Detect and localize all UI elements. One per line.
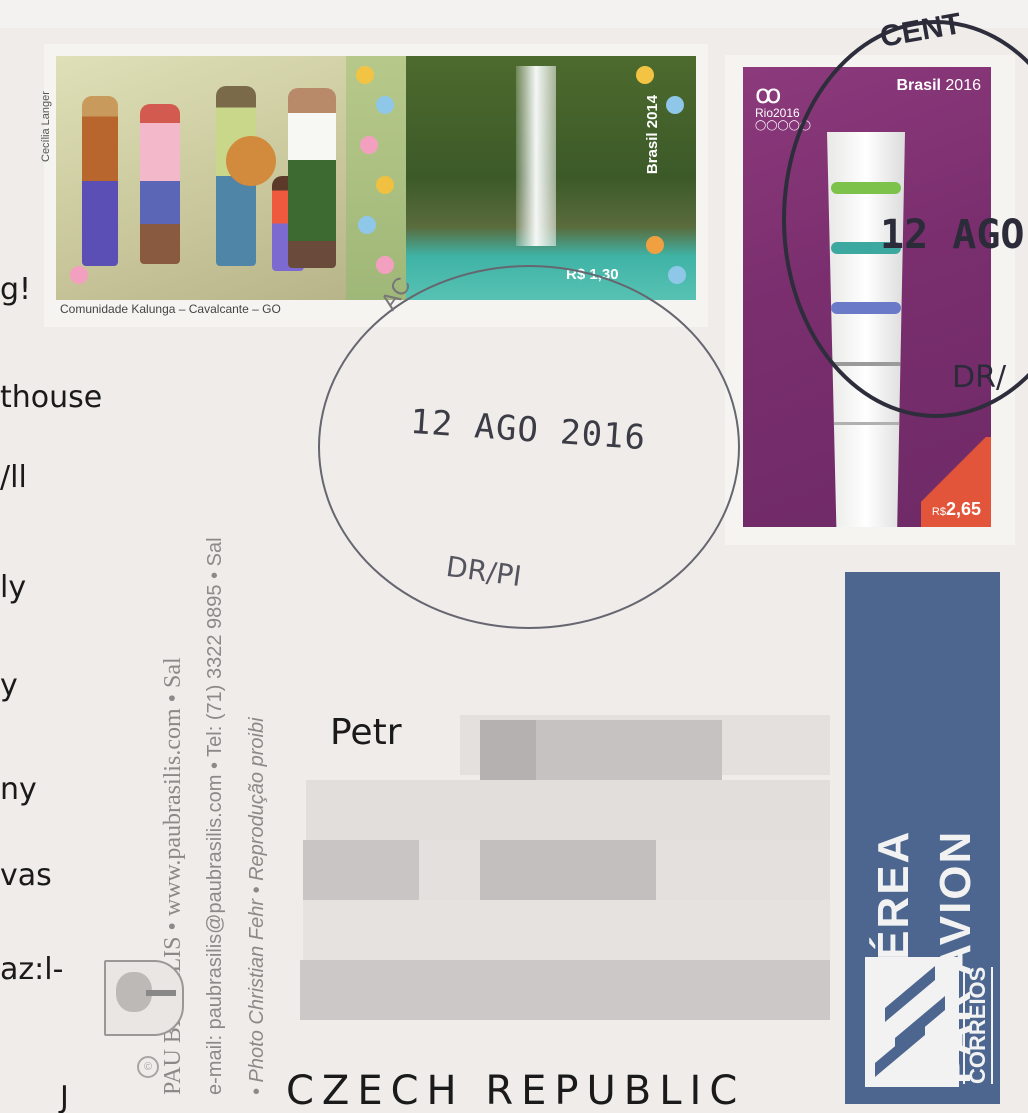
correios-logo-icon [865, 957, 959, 1087]
message-line: g! [0, 272, 31, 307]
redacted-block [303, 900, 830, 960]
rio2016-emblem-icon: ꝏ [755, 81, 811, 107]
kalunga-waterfall-stamp-art: Brasil 2014 R$ 1,30 [56, 56, 696, 300]
stamp-country-year: Brasil 2014 [644, 95, 661, 174]
message-line: J [60, 1080, 69, 1113]
copyright-icon: © [137, 1056, 159, 1078]
redacted-block [536, 720, 722, 780]
redacted-block [306, 780, 830, 840]
message-line: thouse [0, 380, 102, 415]
message-line: az:l- [0, 952, 63, 987]
redacted-block [480, 720, 536, 780]
message-line: ly [0, 570, 26, 605]
message-line: vas [0, 858, 52, 893]
redacted-block [480, 840, 656, 900]
message-line: y [0, 668, 18, 703]
postmark-date: 12 AGO [880, 212, 1025, 258]
message-line: /ll [0, 460, 27, 495]
photo-credit: • Photo Christian Fehr • Reprodução proi… [236, 537, 278, 1095]
airmail-label: VIA AÉREA PAR AVION CORREIOS [845, 572, 1000, 1104]
correios-brand: CORREIOS [963, 967, 993, 1084]
recipient-name: Petr [330, 712, 402, 753]
recipient-country: CZECH REPUBLIC [286, 1068, 745, 1113]
publisher-contact: e-mail: paubrasilis@paubrasilis.com • Te… [194, 537, 236, 1095]
postmark-office: DR/ [952, 360, 1006, 395]
tree-shield-logo-icon [104, 960, 184, 1036]
stamp-artist: Cecília Langer [40, 91, 52, 162]
stamp-caption: Comunidade Kalunga – Cavalcante – GO [60, 302, 281, 316]
stamp-value: R$2,65 [932, 499, 981, 520]
redacted-block [300, 960, 830, 1020]
message-line: ny [0, 772, 37, 807]
redacted-block [303, 840, 419, 900]
scan-background [0, 0, 1028, 28]
